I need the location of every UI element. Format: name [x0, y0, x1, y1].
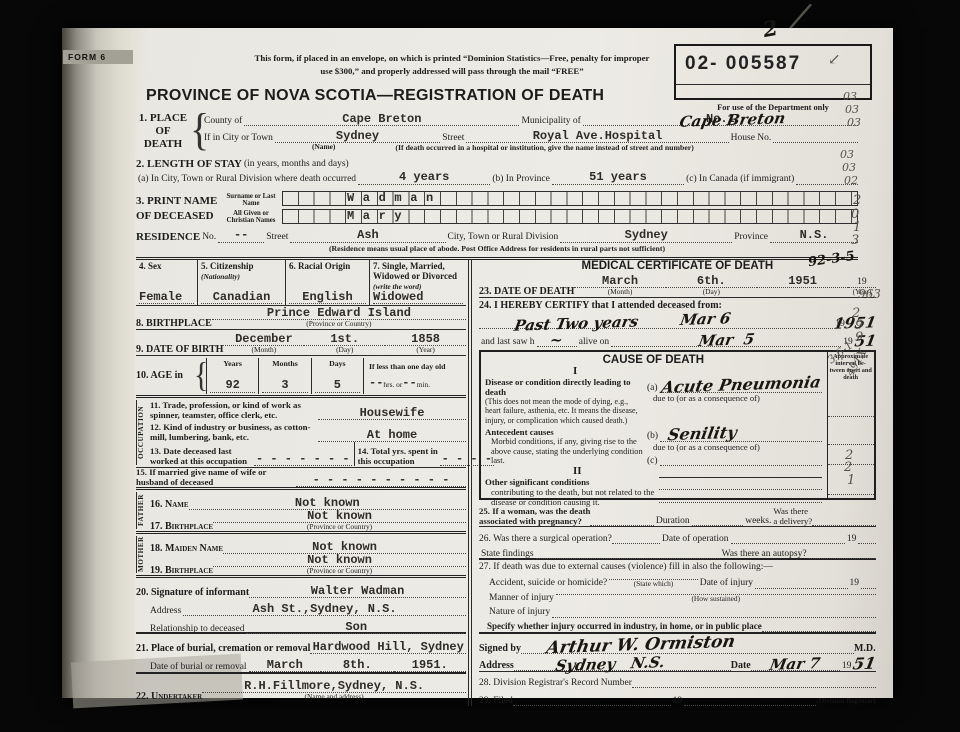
- cause-a-field: Acute Pneumonia: [660, 379, 822, 393]
- age-days: 5: [315, 380, 360, 392]
- handwritten-annotation: 03: [840, 148, 854, 161]
- mail-instruction-line2: use $300,” and properly addressed will p…: [192, 65, 712, 78]
- signed-year-script: 51: [852, 658, 877, 672]
- surname-value: Wadman: [347, 193, 442, 204]
- section-date-of-birth: 9. DATE OF BIRTH December (Month) 1st. (…: [136, 330, 466, 356]
- less-than-one-day: If less than one day old -- hrs. or -- m…: [364, 361, 466, 389]
- section-mother: MOTHER 18. Maiden Name Not known 19. Bir…: [136, 534, 466, 578]
- cause-b-field: Senility: [660, 428, 822, 442]
- section-operation: 26. Was there a surgical operation? Date…: [479, 527, 876, 560]
- city-field: Sydney: [275, 131, 440, 143]
- surname-label: Surname or Last Name: [220, 192, 282, 209]
- physician-address-field: Sydney N.S.: [514, 658, 731, 671]
- mother-side-label: MOTHER: [136, 536, 148, 573]
- residence-province-label: Province: [732, 232, 770, 242]
- brace: {: [190, 109, 202, 155]
- age-table: Years 92 Months 3 Days 5: [206, 358, 364, 394]
- autopsy-field: [809, 547, 876, 559]
- handwritten-annotation: 3: [851, 233, 859, 248]
- handwritten-annotation: 03: [842, 161, 856, 174]
- brace: {: [194, 360, 206, 391]
- disease-note: (This does not mean the mode of dying, e…: [485, 397, 643, 425]
- spouse-label: 15. If married give name of wife or husb…: [136, 467, 296, 487]
- burial-year-field: 1951.: [394, 660, 466, 672]
- injury-place-field: [762, 620, 876, 632]
- municipality-label: Municipality of: [519, 116, 582, 126]
- father-birthplace-label: 17. Birthplace: [150, 521, 213, 532]
- registration-form: This form, if placed in an envelope, on …: [136, 52, 858, 706]
- mother-maiden-label: 18. Maiden Name: [150, 543, 223, 554]
- citizenship-cell: 5. Citizenship(Nationality) Canadian: [198, 260, 286, 305]
- residence-no-label: No.: [200, 232, 218, 242]
- informant-address-label: Address: [136, 606, 183, 616]
- alive-on-label: alive on: [577, 337, 611, 347]
- section-father: FATHER 16. Name Not known 17. Birthplace…: [136, 490, 466, 534]
- citizenship-value: Canadian: [201, 292, 282, 304]
- stay-province-field: 51 years: [552, 172, 684, 184]
- residence-province-field: N.S.: [770, 230, 858, 242]
- birthplace-note: (Province or Country): [212, 320, 466, 329]
- stay-city-label: (a) In City, Town or Rural Division wher…: [136, 174, 358, 184]
- industry-label: 12. Kind of industry or business, as cot…: [150, 422, 318, 442]
- burial-date-label: Date of burial or removal: [136, 662, 249, 672]
- other-conditions-field1: [659, 477, 822, 490]
- relationship-field: Son: [246, 622, 466, 634]
- section-age: 10. AGE in { Years 92 Months 3: [136, 356, 466, 398]
- residence-no-field: --: [218, 230, 264, 242]
- section-spouse: 15. If married give name of wife or husb…: [136, 468, 466, 490]
- burial-place-label: 21. Place of burial, cremation or remova…: [136, 643, 310, 654]
- given-names-label: All Given or Christian Names: [220, 209, 282, 226]
- division-registrar-note: (Division Registrar): [816, 697, 875, 706]
- burial-day-field: 8th.: [321, 660, 393, 672]
- place-of-death-label: 1. PLACE OF DEATH: [136, 112, 190, 152]
- age-years: 92: [210, 380, 255, 392]
- handwritten-annotation: 03: [847, 116, 861, 129]
- print-name-label: 3. PRINT NAME OF DECEASED: [136, 194, 220, 223]
- personal-column: 4. Sex Female 5. Citizenship(Nationality…: [136, 260, 472, 706]
- last-worked-label: 13. Date deceased last worked at this oc…: [150, 446, 254, 466]
- findings-field: [536, 547, 720, 559]
- stay-canada-label: (c) In Canada (if immigrant): [684, 174, 796, 184]
- father-name-label: 16. Name: [150, 499, 189, 510]
- name-row-labels: Surname or Last Name All Given or Christ…: [220, 192, 282, 226]
- street-note: (If death occurred in a hospital or inst…: [395, 143, 693, 152]
- cause-c-field: [660, 454, 822, 466]
- residence-city-field: Sydney: [560, 230, 732, 242]
- stamp-divider: [676, 84, 870, 85]
- trade-field: Housewife: [318, 408, 466, 420]
- father-side-label: FATHER: [136, 492, 148, 529]
- city-label: If in City or Town: [202, 133, 275, 143]
- registration-stamp: 02- 005587 For use of the Department onl…: [674, 44, 872, 130]
- physician-signature-field: Arthur W. Ormiston: [521, 639, 854, 654]
- record-number-field: [632, 676, 876, 688]
- attended-from-field: Past Two years Mar 6: [479, 316, 833, 329]
- mail-instruction: This form, if placed in an envelope, on …: [192, 52, 712, 78]
- informant-label: 20. Signature of informant: [136, 587, 249, 598]
- birthplace-label: 8. BIRTHPLACE: [136, 318, 212, 329]
- section-external-causes: 27. If death was due to external causes …: [479, 560, 876, 634]
- last-worked-field: - - - - - - -: [254, 454, 352, 466]
- certify-label: 24. I HEREBY CERTIFY that I attended dec…: [479, 300, 876, 311]
- duration-field: [692, 514, 744, 526]
- handwritten-annotation: 9: [855, 330, 863, 345]
- given-names-value: Mary: [347, 211, 410, 222]
- name-letter-grids: Wadman Mary: [282, 191, 858, 227]
- operation-field: [612, 532, 660, 544]
- trade-label: 11. Trade, profession, or kind of work a…: [150, 400, 318, 420]
- handwritten-annotation: 02: [844, 174, 858, 187]
- section-birthplace: 8. BIRTHPLACE Prince Edward Island (Prov…: [136, 306, 466, 330]
- section-undertaker: 22. Undertaker R.H.Fillmore,Sydney, N.S.…: [136, 674, 466, 702]
- industry-field: At home: [318, 430, 466, 442]
- racial-origin-value: English: [289, 292, 366, 304]
- street-label: Street: [440, 133, 466, 143]
- accident-field: [609, 568, 698, 580]
- burial-place-field: Hardwood Hill, Sydney: [310, 642, 466, 654]
- last-saw-label: and last saw h: [479, 337, 537, 347]
- section-date-of-death: 23. DATE OF DEATH March (Month) 6th. (Da…: [479, 274, 876, 298]
- residence-street-label: Street: [264, 232, 290, 242]
- house-no-label: House No.: [729, 133, 774, 143]
- delivery-field: [812, 514, 875, 526]
- length-of-stay-note: (in years, months and days): [242, 159, 351, 169]
- handwritten-annotation: 963: [858, 287, 881, 301]
- residence-city-label: City, Town or Rural Division: [446, 232, 561, 242]
- section-print-name: 3. PRINT NAME OF DECEASED Surname or Las…: [136, 191, 858, 227]
- other-conditions-field2: [659, 490, 822, 503]
- length-of-stay-label: 2. LENGTH OF STAY: [136, 158, 242, 170]
- section-4-7: 4. Sex Female 5. Citizenship(Nationality…: [136, 260, 466, 306]
- mother-birthplace-label: 19. Birthplace: [150, 565, 213, 576]
- handwritten-annotation: ↙: [828, 50, 841, 68]
- form-columns: 4. Sex Female 5. Citizenship(Nationality…: [136, 260, 858, 706]
- informant-signature-field: Walter Wadman: [249, 586, 466, 598]
- sex-cell: 4. Sex Female: [136, 260, 198, 305]
- handwritten-annotation: 03: [843, 90, 857, 103]
- handwritten-annotation: 03: [845, 103, 859, 116]
- surname-grid: Wadman: [282, 191, 858, 206]
- death-certificate-document: FORM 6 This form, if placed in an envelo…: [62, 28, 893, 698]
- other-conditions-label: Other significant conditions: [485, 477, 657, 487]
- handwritten-annotation: 2: [761, 15, 780, 42]
- handwritten-county: Cape Breton: [679, 112, 787, 128]
- age-label: 10. AGE in: [136, 370, 194, 381]
- medical-column: MEDICAL CERTIFICATE OF DEATH 23. DATE OF…: [472, 260, 876, 706]
- stay-city-field: 4 years: [358, 172, 490, 184]
- section-filed: 29. Filed 19 (Division Registrar): [479, 688, 876, 706]
- date-of-birth-label: 9. DATE OF BIRTH: [136, 344, 223, 355]
- section-signed: Signed by Arthur W. Ormiston M.D. Addres…: [479, 634, 876, 672]
- cause-of-death-box: Approximate interval be- tween onset and…: [479, 350, 876, 500]
- page-fold-shadow: [62, 28, 135, 698]
- date-of-death-label: 23. DATE OF DEATH: [479, 286, 574, 297]
- signed-date-field: Mar 7: [751, 658, 840, 671]
- racial-origin-cell: 6. Racial Origin English: [286, 260, 370, 305]
- mail-instruction-line1: This form, if placed in an envelope, on …: [192, 52, 712, 65]
- stay-province-label: (b) In Province: [490, 174, 552, 184]
- informant-address-field: Ash St.,Sydney, N.S.: [183, 604, 466, 616]
- street-field: Royal Ave.Hospital: [466, 131, 728, 143]
- marital-status-value: Widowed: [373, 292, 463, 304]
- filed-field: [513, 694, 671, 706]
- spouse-field: - - - - - - - - - -: [296, 475, 466, 487]
- marital-status-cell: 7. Single, Married, Widowed or Divorced …: [370, 260, 466, 305]
- handwritten-annotation: 2: [853, 193, 861, 208]
- county-field: Cape Breton: [244, 114, 519, 126]
- sex-value: Female: [139, 292, 194, 304]
- nature-field: [552, 606, 875, 618]
- occupation-side-label: OCCUPATION: [136, 400, 148, 465]
- manner-field: [556, 583, 876, 595]
- section-record-number: 28. Division Registrar's Record Number: [479, 672, 876, 688]
- undertaker-label: 22. Undertaker: [136, 691, 202, 702]
- disease-label: Disease or condition directly leading to…: [485, 377, 643, 397]
- section-occupation: OCCUPATION 11. Trade, profession, or kin…: [136, 398, 466, 468]
- antecedent-note: Morbid conditions, if any, giving rise t…: [485, 437, 643, 466]
- burial-month-field: March: [249, 660, 321, 672]
- city-note: (Name): [312, 143, 335, 152]
- residence-street-field: Ash: [290, 230, 445, 242]
- microfilm-scan: FORM 6 This form, if placed in an envelo…: [0, 0, 960, 732]
- total-years-label: 14. Total yrs. spent in this occupation: [358, 446, 440, 466]
- operation-date-field: [731, 532, 845, 544]
- section-certify: 24. I HEREBY CERTIFY that I attended dec…: [479, 298, 876, 348]
- given-names-grid: Mary: [282, 209, 858, 224]
- antecedent-label: Antecedent causes: [485, 427, 643, 437]
- age-months: 3: [262, 380, 307, 392]
- handwritten-annotation: 1: [847, 473, 855, 488]
- section-burial: 21. Place of burial, cremation or remova…: [136, 634, 466, 674]
- registration-number: 02- 005587: [676, 46, 870, 75]
- last-seen-date-field: Mar 5: [611, 334, 841, 347]
- cause-title: CAUSE OF DEATH: [485, 354, 822, 366]
- residence-label: RESIDENCE: [136, 231, 200, 243]
- other-conditions-note: contributing to the death, but not relat…: [485, 487, 657, 507]
- relationship-label: Relationship to deceased: [136, 624, 246, 634]
- house-no-field: [773, 131, 858, 143]
- pregnancy-field: [590, 514, 653, 526]
- residence-note: (Residence means usual place of abode. P…: [136, 244, 858, 253]
- section-informant: 20. Signature of informant Walter Wadman…: [136, 578, 466, 634]
- form-number-tag: FORM 6: [63, 50, 133, 64]
